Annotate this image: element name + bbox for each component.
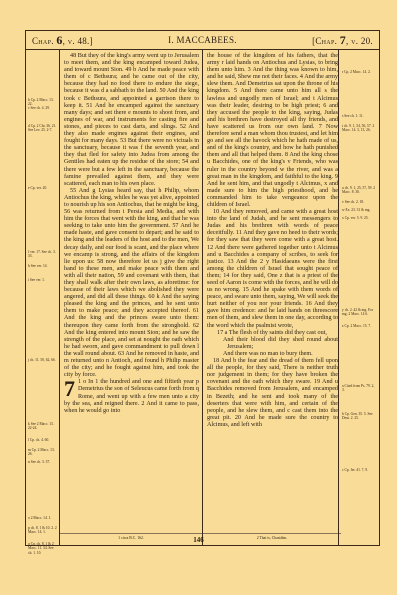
- page-body: b Cp. 2 Macc. 13. 22.c See ch. 4. 29.d C…: [25, 50, 380, 546]
- margin-reference: v See ch. 2. 18.: [342, 200, 377, 204]
- margin-reference: h See ver. 14.: [28, 264, 58, 268]
- paragraph: 18 And b the fear and the dread of them …: [207, 358, 338, 429]
- margin-reference: m Cp. 2 Macc. 13. 26.: [28, 448, 58, 457]
- left-text-column: 48 But they of the king's army went up t…: [60, 50, 203, 545]
- right-chapter-ref: [Chap. 7, v. 20.: [312, 33, 373, 48]
- poem-line: And there was no man to bury them.: [211, 351, 338, 358]
- margin-reference: r Cp. 2 Macc. 14. 2.: [342, 70, 377, 74]
- chapter-number: 7: [64, 380, 75, 398]
- poem-line: 17 a The flesh of thy saints did they ca…: [211, 330, 338, 337]
- paragraph: 48 But they of the king's army went up t…: [64, 53, 199, 188]
- paragraph: the house of the kingdom of his fathers,…: [207, 53, 338, 209]
- left-chapter-ref: Chap. 6, v. 48.]: [32, 33, 93, 48]
- margin-reference: d Cp. 2 Chr. 36. 21. See Lev. 25. 2-7.: [28, 124, 58, 133]
- left-margin-references: b Cp. 2 Macc. 13. 22.c See ch. 4. 29.d C…: [26, 50, 60, 545]
- paragraph: 10 And they removed, and came with a gre…: [207, 209, 338, 330]
- right-margin-references: r Cp. 2 Macc. 14. 2.s See ch. 1. 11.t ch…: [338, 50, 379, 545]
- paragraph: 55 And g Lysias heard say, that h Philip…: [64, 188, 199, 380]
- margin-reference: n See ch. 3. 37.: [28, 460, 58, 464]
- margin-reference: p ch. 8. 1 & 10. 2. 2 Macc. 14. 1.: [28, 526, 58, 535]
- margin-reference: z Cp. 2 Macc. 15. 7.: [342, 324, 377, 328]
- margin-reference: s See ch. 1. 11.: [342, 114, 377, 118]
- chapter-start: 71 o In 1 the hundred and one and fiftie…: [64, 379, 199, 414]
- margin-reference: j ch. 11. 50, 62, 66.: [28, 358, 58, 362]
- margin-reference: w Ex. 23. 31 & mg.: [342, 208, 377, 212]
- margin-reference: e Cp. ver. 20.: [28, 186, 58, 190]
- poem-line: And their blood did they shed round abou…: [211, 337, 338, 351]
- margin-reference: x Cp. ver. 5. 9. 25.: [342, 216, 377, 220]
- margin-reference: f ver. 17. See ch. 3. 33.: [28, 250, 58, 259]
- margin-reference: i See ver. 1.: [28, 278, 58, 282]
- right-text-column: the house of the kingdom of his fathers,…: [203, 50, 341, 545]
- margin-reference: k See 2 Macc. 13. 22-24.: [28, 422, 58, 431]
- margin-reference: c See ch. 4. 29.: [28, 106, 58, 110]
- margin-reference: o 2 Macc. 14. 1.: [28, 516, 58, 520]
- page-number: 146: [0, 536, 397, 544]
- margin-reference: a Cited from Ps. 79. 2, 3.: [342, 384, 377, 393]
- margin-reference: l Cp. ch. 4. 60.: [28, 438, 58, 442]
- running-header: Chap. 6, v. 48.] I. MACCABEES. [Chap. 7,…: [25, 30, 380, 50]
- margin-reference: b Cp. Gen. 35. 5. See Deut. 2. 25.: [342, 412, 377, 421]
- book-title: I. MACCABEES.: [168, 35, 237, 45]
- margin-reference: t ch. 9. 1, 54, 56, 57. 2 Macc. 14. 3, 1…: [342, 124, 377, 133]
- margin-reference: c Cp. Jer. 41. 7, 9.: [342, 468, 377, 472]
- book-page: Chap. 6, v. 48.] I. MACCABEES. [Chap. 7,…: [20, 30, 385, 560]
- margin-reference: u ch. 9. 1, 25, 57, 59. 2 Macc. 8. 30.: [342, 186, 377, 195]
- margin-reference: y ch. 2. 42 & mg. For mg. 2 Macc. 14 6.: [342, 308, 377, 317]
